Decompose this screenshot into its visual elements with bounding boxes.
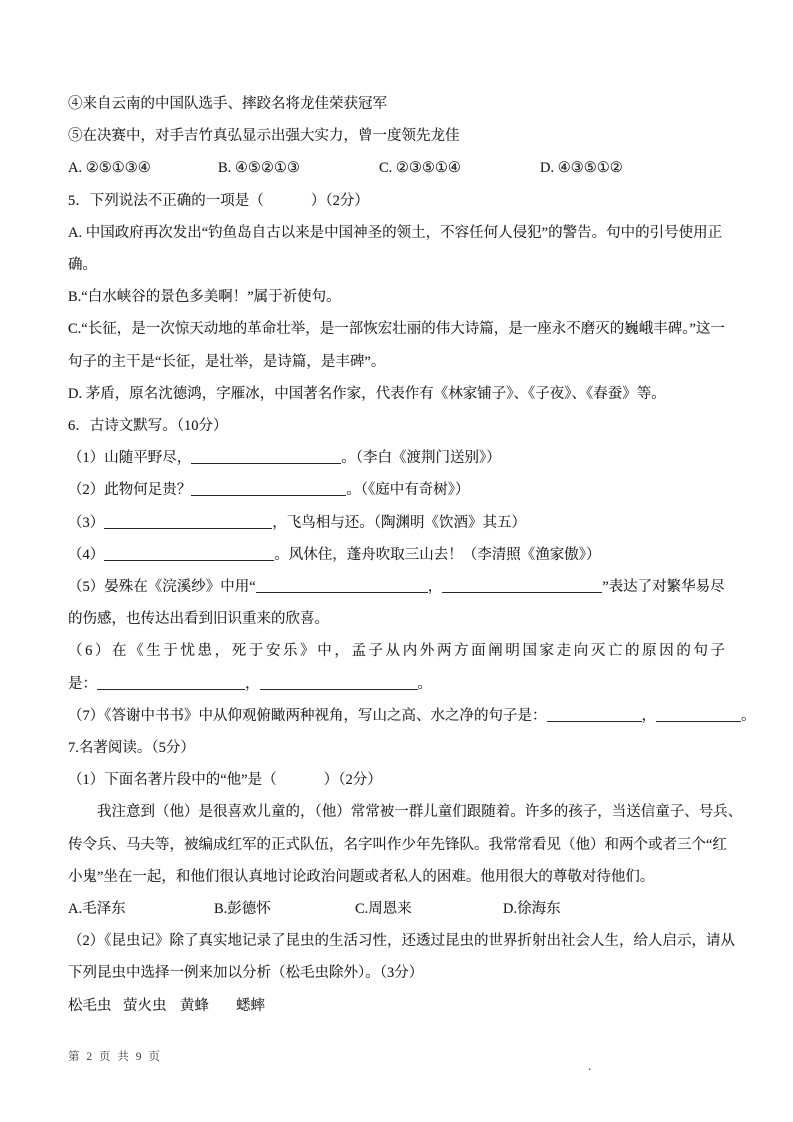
q4-option-d: D. ④③⑤①② [540, 160, 623, 176]
answer-blank [104, 515, 272, 529]
text-segment: 。风休住，蓬舟吹取三山去！（李清照《渔家傲》） [274, 547, 600, 563]
text-segment: 。 [741, 708, 756, 724]
q7-sub1-stem: （1）下面名著片段中的“他”是（ ）（2分） [68, 764, 735, 796]
q7-sub2-line2: 下列昆虫中选择一例来加以分析（松毛虫除外）。（3分） [68, 957, 735, 989]
q5-option-b: B.“白水峡谷的景色多美啊！”属于祈使句。 [68, 281, 735, 313]
q5-option-a-line2: 确。 [68, 249, 735, 281]
q7-option-b: B.彭德怀 [214, 893, 355, 925]
q6-item6-line2: 是：，。 [68, 668, 735, 700]
text-segment: （6）在《生于忧患，死于安乐》中，孟子从内外两方面阐明国家走向灭亡的原因的句子 [68, 643, 728, 659]
text-segment: ④来自云南的中国队选手、摔跤名将龙佳荣获冠军 [68, 96, 387, 112]
q5-option-c-line1: C.“长征，是一次惊天动地的革命壮举，是一部恢宏壮丽的伟大诗篇，是一座永不磨灭的… [68, 313, 735, 345]
text-segment: （5）晏殊在《浣溪纱》中用“ [68, 579, 256, 595]
stray-dot-mark: . [588, 1058, 591, 1074]
text-segment: C.“长征，是一次惊天动地的革命壮举，是一部恢宏壮丽的伟大诗篇，是一座永不磨灭的… [68, 321, 725, 337]
q6-item5-line1: （5）晏殊在《浣溪纱》中用“，”表达了对繁华易尽 [68, 571, 735, 603]
q6-item6-line1: （6）在《生于忧患，死于安乐》中，孟子从内外两方面阐明国家走向灭亡的原因的句子 [68, 635, 735, 667]
q7-stem: 7.名著阅读。（5分） [68, 732, 735, 764]
q7-sub2-line1: （2）《昆虫记》除了真实地记录了昆虫的生活习性，还透过昆虫的世界折射出社会人生，… [68, 925, 735, 957]
q7-passage-line2: 传令兵、马夫等，被编成红军的正式队伍，名字叫作少年先锋队。我常常看见（他）和两个… [68, 829, 735, 861]
answer-blank [191, 450, 341, 464]
text-segment: 我注意到（他）是很喜欢儿童的，（他）常常被一群儿童们跟随着。许多的孩子，当送信童… [97, 804, 742, 820]
q6-item5-line2: 的伤感，也传达出看到旧识重来的欣喜。 [68, 603, 735, 635]
text-segment: D. 茅盾，原名沈德鸿，字雁冰，中国著名作家，代表作有《林家铺子》、《子夜》、《… [68, 386, 666, 402]
q6-item3: （3），飞鸟相与还。（陶渊明《饮酒》其五） [68, 507, 735, 539]
q4-option-b: B. ④⑤②①③ [218, 152, 379, 184]
q4-options-row: A. ②⑤①③④B. ④⑤②①③C. ②③⑤①④D. ④③⑤①② [68, 152, 735, 184]
q7-option-d: D.徐海东 [503, 901, 561, 917]
text-segment: 的伤感，也传达出看到旧识重来的欣喜。 [68, 611, 329, 627]
item-circle4: ④来自云南的中国队选手、摔跤名将龙佳荣获冠军 [68, 88, 735, 120]
insect-huangfeng: 黄蜂 [180, 990, 236, 1022]
text-segment: 传令兵、马夫等，被编成红军的正式队伍，名字叫作少年先锋队。我常常看见（他）和两个… [68, 837, 727, 853]
text-segment: （1）山随平野尽， [68, 450, 191, 466]
text-segment: （3） [68, 515, 104, 531]
q6-item7: （7）《答谢中书书》中从仰观俯瞰两种视角，写山之高、水之净的句子是：，。 [68, 700, 735, 732]
text-segment: （4） [68, 547, 104, 563]
answer-blank [104, 547, 274, 561]
answer-blank [442, 579, 602, 593]
text-segment: ”表达了对繁华易尽 [602, 579, 724, 595]
q6-item1: （1）山随平野尽，。（李白《渡荆门送别》） [68, 442, 735, 474]
exam-paper-page: ④来自云南的中国队选手、摔跤名将龙佳荣获冠军⑤在决赛中，对手吉竹真弘显示出强大实… [0, 0, 793, 1122]
text-segment: 。 [418, 676, 433, 692]
q5-option-d: D. 茅盾，原名沈德鸿，字雁冰，中国著名作家，代表作有《林家铺子》、《子夜》、《… [68, 378, 735, 410]
answer-blank [256, 579, 428, 593]
document-body: ④来自云南的中国队选手、摔跤名将龙佳荣获冠军⑤在决赛中，对手吉竹真弘显示出强大实… [68, 88, 735, 1022]
page-number-footer: 第 2 页 共 9 页 [68, 1048, 162, 1064]
text-segment: 确。 [68, 257, 97, 273]
text-segment: ，飞鸟相与还。（陶渊明《饮酒》其五） [272, 515, 526, 531]
text-segment: ⑤在决赛中，对手吉竹真弘显示出强大实力，曾一度领先龙佳 [68, 128, 460, 144]
answer-blank [656, 708, 741, 722]
q5-stem: 5．下列说法不正确的一项是（ ）（2分） [68, 185, 735, 217]
text-segment: （1）下面名著片段中的“他”是（ ）（2分） [68, 772, 382, 788]
text-segment: 小鬼”坐在一起，和他们很认真地讨论政治问题或者私人的困难。他用很大的尊敬对待他们… [68, 869, 654, 885]
text-segment: 。（《庭中有奇树》） [346, 482, 469, 498]
q5-option-c-line2: 句子的主干是“长征，是壮举，是诗篇，是丰碑”。 [68, 346, 735, 378]
q7-option-c: C.周恩来 [355, 893, 503, 925]
text-segment: 下列昆虫中选择一例来加以分析（松毛虫除外）。（3分） [68, 965, 423, 981]
answer-blank [260, 676, 418, 690]
insect-xishuai: 蟋蟀 [236, 998, 265, 1014]
q6-stem: 6．古诗文默写。（10分） [68, 410, 735, 442]
answer-blank [191, 482, 346, 496]
item-circle5: ⑤在决赛中，对手吉竹真弘显示出强大实力，曾一度领先龙佳 [68, 120, 735, 152]
q7-insects-row: 松毛虫萤火虫黄蜂蟋蟀 [68, 990, 735, 1022]
text-segment: （2）《昆虫记》除了真实地记录了昆虫的生活习性，还透过昆虫的世界折射出社会人生，… [68, 933, 735, 949]
q6-item4: （4）。风休住，蓬舟吹取三山去！（李清照《渔家傲》） [68, 539, 735, 571]
text-segment: ， [642, 708, 657, 724]
text-segment: 7.名著阅读。（5分） [68, 740, 195, 756]
text-segment: ， [428, 579, 443, 595]
answer-blank [97, 676, 245, 690]
text-segment: 是： [68, 676, 97, 692]
q4-option-c: C. ②③⑤①④ [379, 152, 540, 184]
text-segment: （2）此物何足贵？ [68, 482, 191, 498]
text-segment: 句子的主干是“长征，是壮举，是诗篇，是丰碑”。 [68, 354, 385, 370]
q7-option-a: A.毛泽东 [68, 893, 214, 925]
text-segment: B.“白水峡谷的景色多美啊！”属于祈使句。 [68, 289, 341, 305]
text-segment: 5．下列说法不正确的一项是（ ）（2分） [68, 193, 369, 209]
q7-passage-line1: 我注意到（他）是很喜欢儿童的，（他）常常被一群儿童们跟随着。许多的孩子，当送信童… [68, 796, 735, 828]
text-segment: A. 中国政府再次发出“钓鱼岛自古以来是中国神圣的领土，不容任何人侵犯”的警告。… [68, 225, 722, 241]
answer-blank [547, 708, 642, 722]
text-segment: 。（李白《渡荆门送别》） [341, 450, 501, 466]
text-segment: 6．古诗文默写。（10分） [68, 418, 228, 434]
text-segment: （7）《答谢中书书》中从仰观俯瞰两种视角，写山之高、水之净的句子是： [68, 708, 547, 724]
q6-item2: （2）此物何足贵？。（《庭中有奇树》） [68, 474, 735, 506]
q7-passage-line3: 小鬼”坐在一起，和他们很认真地讨论政治问题或者私人的困难。他用很大的尊敬对待他们… [68, 861, 735, 893]
q5-option-a-line1: A. 中国政府再次发出“钓鱼岛自古以来是中国神圣的领土，不容任何人侵犯”的警告。… [68, 217, 735, 249]
insect-songmaochong: 松毛虫 [68, 990, 123, 1022]
text-segment: ， [245, 676, 260, 692]
insect-yinghuochong: 萤火虫 [123, 990, 180, 1022]
q7-options-row: A.毛泽东B.彭德怀C.周恩来D.徐海东 [68, 893, 735, 925]
q4-option-a: A. ②⑤①③④ [68, 152, 218, 184]
